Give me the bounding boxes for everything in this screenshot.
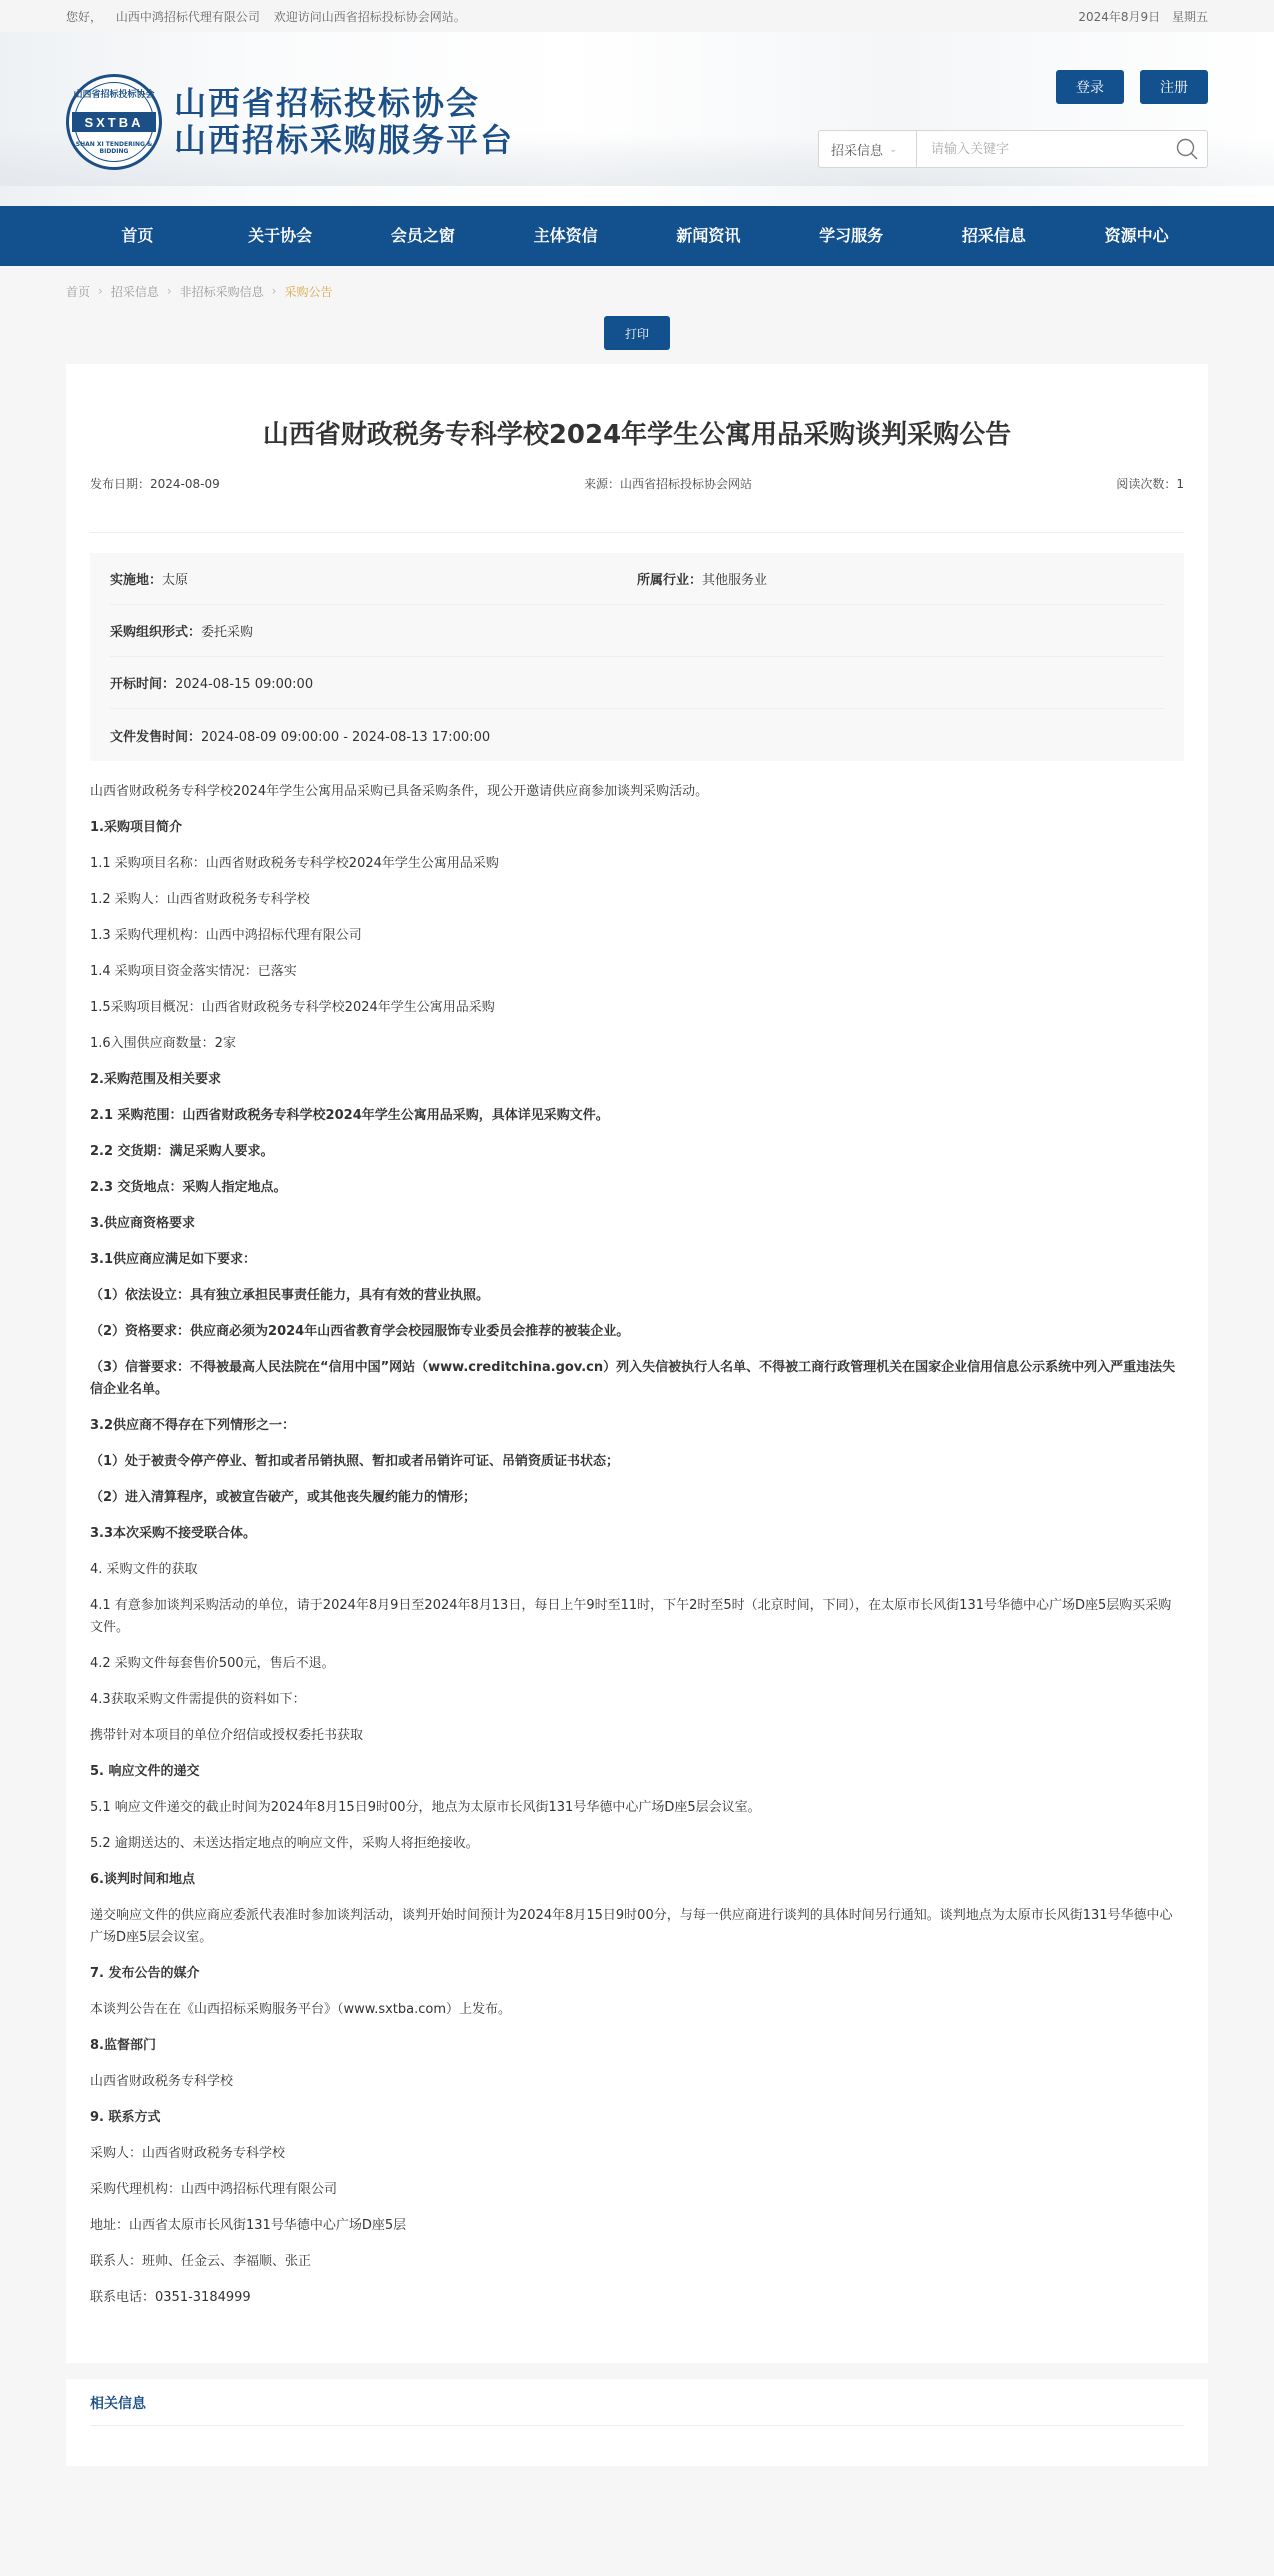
nav-home[interactable]: 首页 xyxy=(66,206,209,266)
current-date: 2024年8月9日 xyxy=(1078,10,1160,24)
page-title: 山西省财政税务专科学校2024年学生公寓用品采购谈判采购公告 xyxy=(90,414,1184,451)
article-body: 山西省财政税务专科学校2024年学生公寓用品采购已具备采购条件，现公开邀请供应商… xyxy=(90,781,1184,2309)
breadcrumb-home[interactable]: 首页 xyxy=(66,283,90,300)
section-heading: 8.监督部门 xyxy=(90,2035,1184,2057)
article-paragraph: （1）处于被责令停产停业、暂扣或者吊销执照、暂扣或者吊销许可证、吊销资质证书状态… xyxy=(90,1451,1184,1473)
article-paragraph: 2.1 采购范围：山西省财政税务专科学校2024年学生公寓用品采购，具体详见采购… xyxy=(90,1105,1184,1127)
article-paragraph: 地址：山西省太原市长风街131号华德中心广场D座5层 xyxy=(90,2215,1184,2237)
related-info-title: 相关信息 xyxy=(90,2393,1184,2426)
article-paragraph: 1.2 采购人：山西省财政税务专科学校 xyxy=(90,889,1184,911)
chevron-right-icon: › xyxy=(272,284,277,298)
article-paragraph: 联系电话：0351-3184999 xyxy=(90,2287,1184,2309)
article-paragraph: 5.1 响应文件递交的截止时间为2024年8月15日9时00分，地点为太原市长风… xyxy=(90,1797,1184,1819)
welcome-text: 欢迎访问山西省招标投标协会网站。 xyxy=(274,10,466,24)
section-heading: 2.采购范围及相关要求 xyxy=(90,1069,1184,1091)
info-row: 文件发售时间：2024-08-09 09:00:00 - 2024-08-13 … xyxy=(110,709,1164,761)
nav-about[interactable]: 关于协会 xyxy=(209,206,352,266)
chevron-down-icon: ⌄ xyxy=(889,144,897,155)
nav-members[interactable]: 会员之窗 xyxy=(352,206,495,266)
print-button[interactable]: 打印 xyxy=(604,316,670,350)
article-paragraph: 采购代理机构：山西中鸿招标代理有限公司 xyxy=(90,2179,1184,2201)
info-sale-time: 文件发售时间：2024-08-09 09:00:00 - 2024-08-13 … xyxy=(110,726,1164,745)
article-paragraph: 5.2 逾期送达的、未送达指定地点的响应文件，采购人将拒绝接收。 xyxy=(90,1833,1184,1855)
article-paragraph: 1.3 采购代理机构：山西中鸿招标代理有限公司 xyxy=(90,925,1184,947)
chevron-right-icon: › xyxy=(98,284,103,298)
article-paragraph: 3.1供应商应满足如下要求： xyxy=(90,1249,1184,1271)
article-paragraph: 采购人：山西省财政税务专科学校 xyxy=(90,2143,1184,2165)
article-paragraph: 4.2 采购文件每套售价500元，售后不退。 xyxy=(90,1653,1184,1675)
article-paragraph: 4. 采购文件的获取 xyxy=(90,1559,1184,1581)
section-heading: 9. 联系方式 xyxy=(90,2107,1184,2129)
search-input[interactable] xyxy=(917,131,1167,167)
nav-credit[interactable]: 主体资信 xyxy=(494,206,637,266)
register-button[interactable]: 注册 xyxy=(1140,70,1208,104)
related-info-panel: 相关信息 xyxy=(66,2379,1208,2466)
login-button[interactable]: 登录 xyxy=(1056,70,1124,104)
article-paragraph: 3.3本次采购不接受联合体。 xyxy=(90,1523,1184,1545)
breadcrumb-current: 采购公告 xyxy=(284,283,332,300)
article-paragraph: （1）依法设立：具有独立承担民事责任能力，具有有效的营业执照。 xyxy=(90,1285,1184,1307)
article-paragraph: 山西省财政税务专科学校2024年学生公寓用品采购已具备采购条件，现公开邀请供应商… xyxy=(90,781,1184,803)
logo-text: 山西省招标投标协会 山西招标采购服务平台 xyxy=(174,85,514,159)
greeting: 您好， xyxy=(66,10,102,24)
nav-procurement[interactable]: 招采信息 xyxy=(923,206,1066,266)
nav-learning[interactable]: 学习服务 xyxy=(780,206,923,266)
article-paragraph: 1.1 采购项目名称：山西省财政税务专科学校2024年学生公寓用品采购 xyxy=(90,853,1184,875)
article-meta: 发布日期：2024-08-09 来源：山西省招标投标协会网站 阅读次数：1 xyxy=(90,475,1184,533)
chevron-right-icon: › xyxy=(167,284,172,298)
article-paragraph: 4.1 有意参加谈判采购活动的单位，请于2024年8月9日至2024年8月13日… xyxy=(90,1595,1184,1639)
section-heading: 3.供应商资格要求 xyxy=(90,1213,1184,1235)
breadcrumb-non-tender[interactable]: 非招标采购信息 xyxy=(180,283,264,300)
nav-news[interactable]: 新闻资讯 xyxy=(637,206,780,266)
seal-band: SXTBA xyxy=(72,112,156,132)
article-paragraph: 2.3 交货地点：采购人指定地点。 xyxy=(90,1177,1184,1199)
logo-seal-icon: 山西省招标投标协会 SXTBA SHAN XI TENDERING & BIDD… xyxy=(66,74,162,170)
project-info-box: 实施地：太原 所属行业：其他服务业 采购组织形式：委托采购 开标时间：2024-… xyxy=(90,553,1184,761)
date-display: 2024年8月9日 星期五 xyxy=(1078,8,1208,25)
info-location: 实施地：太原 xyxy=(110,569,637,588)
main-nav: 首页 关于协会 会员之窗 主体资信 新闻资讯 学习服务 招采信息 资源中心 xyxy=(0,206,1274,266)
company-name: 山西中鸿招标代理有限公司 xyxy=(116,10,260,24)
article-paragraph: 1.6入围供应商数量：2家 xyxy=(90,1033,1184,1055)
section-heading: 1.采购项目简介 xyxy=(90,817,1184,839)
view-count: 阅读次数：1 xyxy=(1116,475,1184,492)
article-paragraph: 携带针对本项目的单位介绍信或授权委托书获取 xyxy=(90,1725,1184,1747)
info-open-time: 开标时间：2024-08-15 09:00:00 xyxy=(110,673,1164,692)
section-heading: 6.谈判时间和地点 xyxy=(90,1869,1184,1891)
search-bar: 招采信息 ⌄ xyxy=(818,130,1208,168)
site-logo[interactable]: 山西省招标投标协会 SXTBA SHAN XI TENDERING & BIDD… xyxy=(66,74,514,170)
auth-buttons: 登录 注册 xyxy=(1056,70,1208,104)
info-row: 实施地：太原 所属行业：其他服务业 xyxy=(110,553,1164,605)
article-paragraph: 山西省财政税务专科学校 xyxy=(90,2071,1184,2093)
breadcrumb: 首页 › 招采信息 › 非招标采购信息 › 采购公告 xyxy=(66,266,1208,316)
info-row: 开标时间：2024-08-15 09:00:00 xyxy=(110,657,1164,709)
logo-line-1: 山西省招标投标协会 xyxy=(174,85,514,122)
top-bar: 您好， 山西中鸿招标代理有限公司 欢迎访问山西省招标投标协会网站。 2024年8… xyxy=(0,0,1274,32)
article-paragraph: 1.5采购项目概况：山西省财政税务专科学校2024年学生公寓用品采购 xyxy=(90,997,1184,1019)
seal-top-text: 山西省招标投标协会 xyxy=(69,87,159,100)
article-paragraph: 3.2供应商不得存在下列情形之一： xyxy=(90,1415,1184,1437)
current-weekday: 星期五 xyxy=(1172,10,1208,24)
article-paragraph: 1.4 采购项目资金落实情况：已落实 xyxy=(90,961,1184,983)
greeting-text: 您好， 山西中鸿招标代理有限公司 欢迎访问山西省招标投标协会网站。 xyxy=(66,8,476,25)
article-paragraph: （2）进入清算程序，或被宣告破产，或其他丧失履约能力的情形； xyxy=(90,1487,1184,1509)
search-category-label: 招采信息 xyxy=(831,140,883,159)
nav-resources[interactable]: 资源中心 xyxy=(1065,206,1208,266)
info-row: 采购组织形式：委托采购 xyxy=(110,605,1164,657)
publish-date: 发布日期：2024-08-09 xyxy=(90,475,220,492)
article-paragraph: （3）信誉要求：不得被最高人民法院在“信用中国”网站（www.creditchi… xyxy=(90,1357,1184,1401)
info-org-form: 采购组织形式：委托采购 xyxy=(110,621,1164,640)
article-paragraph: 2.2 交货期：满足采购人要求。 xyxy=(90,1141,1184,1163)
section-heading: 5. 响应文件的递交 xyxy=(90,1761,1184,1783)
article-paragraph: （2）资格要求：供应商必须为2024年山西省教育学会校园服饰专业委员会推荐的被装… xyxy=(90,1321,1184,1343)
breadcrumb-procurement[interactable]: 招采信息 xyxy=(111,283,159,300)
print-row: 打印 xyxy=(66,316,1208,364)
search-icon xyxy=(1175,137,1199,161)
logo-line-2: 山西招标采购服务平台 xyxy=(174,122,514,159)
site-header: 山西省招标投标协会 SXTBA SHAN XI TENDERING & BIDD… xyxy=(0,32,1274,206)
section-heading: 7. 发布公告的媒介 xyxy=(90,1963,1184,1985)
article-paragraph: 递交响应文件的供应商应委派代表准时参加谈判活动，谈判开始时间预计为2024年8月… xyxy=(90,1905,1184,1949)
article-source: 来源：山西省招标投标协会网站 xyxy=(584,475,752,492)
search-category-select[interactable]: 招采信息 ⌄ xyxy=(819,131,917,167)
seal-bottom-text: SHAN XI TENDERING & BIDDING xyxy=(69,141,159,155)
article-paragraph: 联系人：班帅、任金云、李福顺、张正 xyxy=(90,2251,1184,2273)
article-card: 山西省财政税务专科学校2024年学生公寓用品采购谈判采购公告 发布日期：2024… xyxy=(66,364,1208,2363)
info-industry: 所属行业：其他服务业 xyxy=(637,569,1164,588)
search-button[interactable] xyxy=(1167,131,1207,167)
article-paragraph: 本谈判公告在在《山西招标采购服务平台》（www.sxtba.com）上发布。 xyxy=(90,1999,1184,2021)
article-paragraph: 4.3获取采购文件需提供的资料如下： xyxy=(90,1689,1184,1711)
